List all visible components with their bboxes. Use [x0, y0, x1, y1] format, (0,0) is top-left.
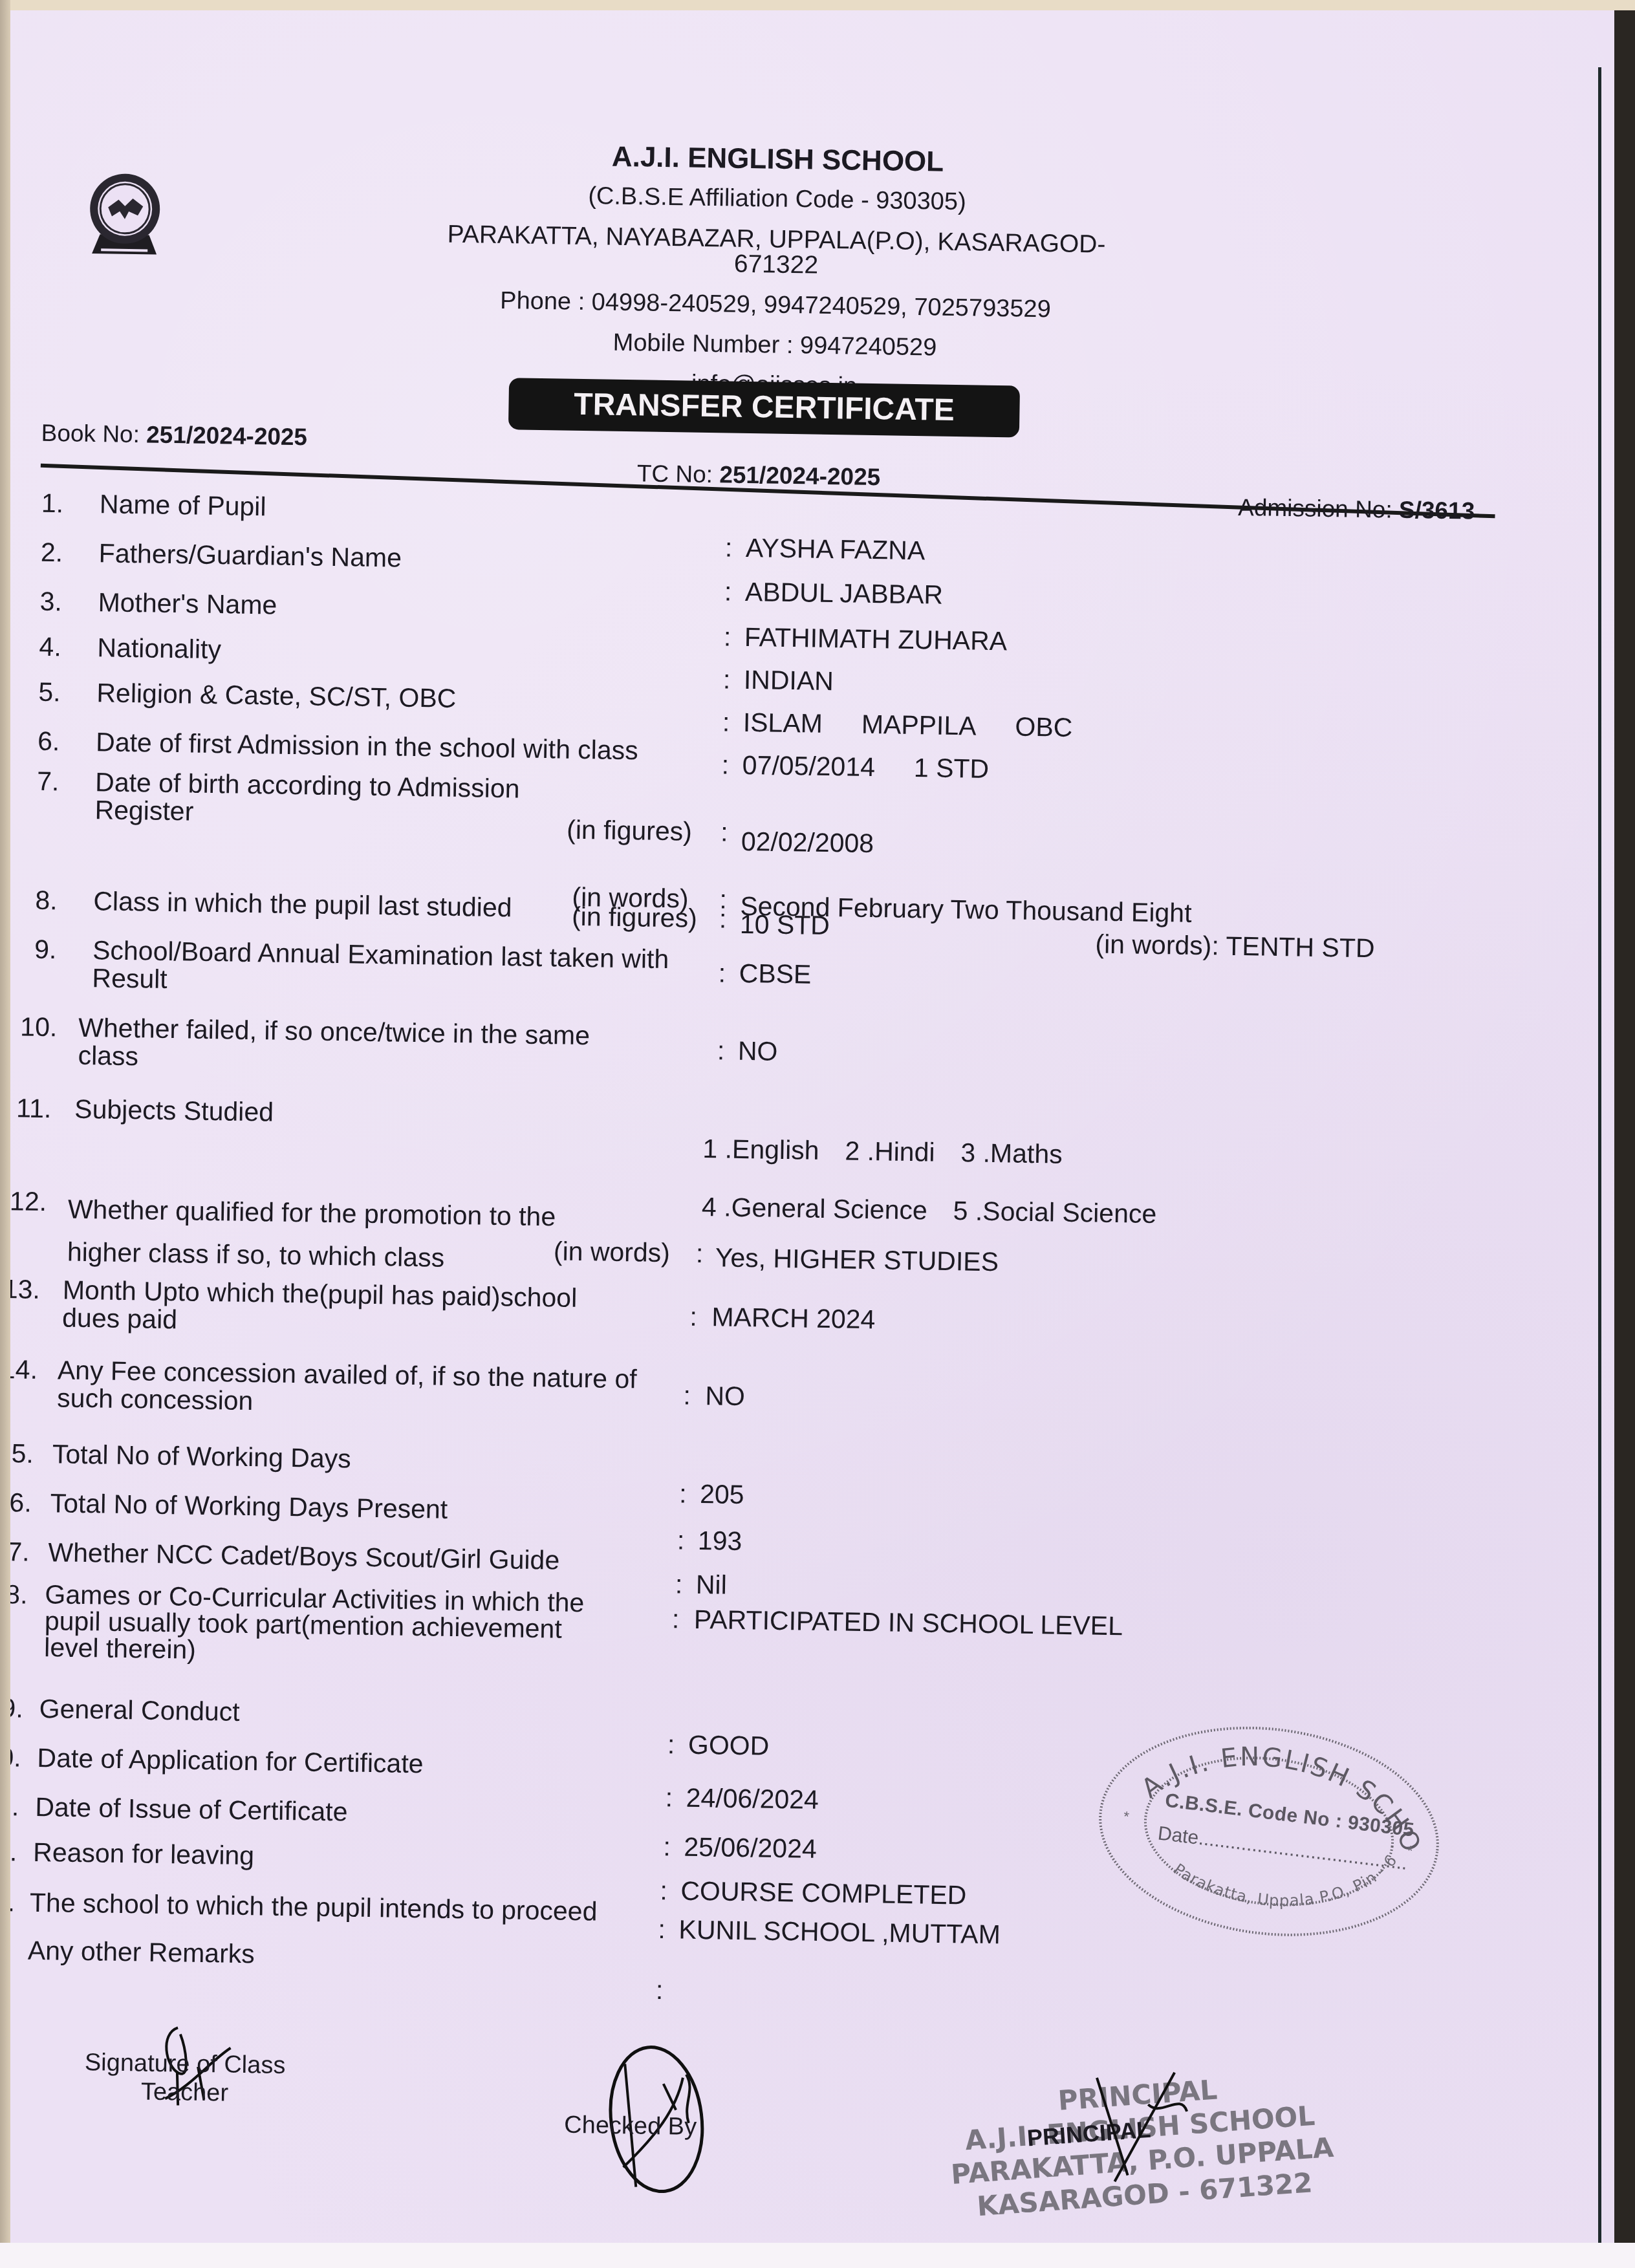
- field-number: 18.: [10, 1581, 36, 1609]
- field-number: 16.: [10, 1489, 40, 1517]
- field-number: 23.: [10, 1888, 23, 1917]
- field-label: General Conduct: [39, 1695, 634, 1732]
- field-label: Month Upto which the(pupil has paid)scho…: [62, 1277, 658, 1342]
- field-label: Mother's Name: [98, 589, 693, 625]
- school-name: A.J.I. ENGLISH SCHOOL: [422, 140, 1134, 179]
- field-colon: :: [667, 1731, 675, 1758]
- field-value: Nil: [696, 1571, 727, 1599]
- field-value: PARTICIPATED IN SCHOOL LEVEL: [694, 1606, 1123, 1640]
- book-number-value: 251/2024-2025: [146, 421, 308, 450]
- field-label: Any Fee concession availed of, if so the…: [57, 1356, 653, 1421]
- field-value: 193: [698, 1527, 742, 1555]
- field-value: FATHIMATH ZUHARA: [744, 623, 1008, 655]
- field-label: Whether NCC Cadet/Boys Scout/Girl Guide: [48, 1539, 644, 1575]
- field-label: Fathers/Guardian's Name: [98, 539, 694, 576]
- admission-class-value: 1 STD: [914, 753, 990, 784]
- field-number: 17.: [10, 1538, 38, 1566]
- field-number: 24.: [10, 1936, 21, 1965]
- field-number: 6.: [38, 728, 83, 756]
- field-label: Religion & Caste, SC/ST, OBC: [96, 679, 692, 716]
- admission-number-value: S/3613: [1399, 497, 1475, 524]
- field-label: Whether failed, if so once/twice in the …: [78, 1014, 673, 1079]
- category-value: OBC: [1015, 712, 1073, 742]
- field-value: KUNIL SCHOOL ,MUTTAM: [678, 1916, 1001, 1949]
- tc-number-value: 251/2024-2025: [719, 461, 881, 490]
- field-number: 3.: [39, 588, 85, 616]
- field-value-words: (in words): TENTH STD: [1095, 931, 1375, 963]
- field-label: Reason for leaving: [33, 1839, 629, 1875]
- field-number: 11.: [16, 1094, 62, 1123]
- field-value: MARCH 2024: [711, 1303, 876, 1334]
- field-label: Date of Application for Certificate: [37, 1744, 633, 1781]
- field-value: CBSE: [739, 960, 811, 989]
- field-label: Name of Pupil: [100, 490, 695, 527]
- field-label: The school to which the pupil intends to…: [30, 1889, 677, 1927]
- field-colon: :: [677, 1526, 685, 1554]
- field-number: 13.: [10, 1275, 49, 1304]
- field-working-days: 15. Total No of Working Days : 205: [10, 1440, 1540, 1464]
- subject-item: 1 .English: [702, 1134, 819, 1165]
- admission-date-value: 07/05/2014: [742, 750, 875, 782]
- school-header: A.J.I. ENGLISH SCHOOL (C.B.S.E Affiliati…: [418, 140, 1133, 418]
- field-number: 19.: [10, 1694, 32, 1723]
- school-address: PARAKATTA, NAYABAZAR, UPPALA(P.O), KASAR…: [420, 221, 1132, 283]
- field-hint: (in words): [554, 1237, 671, 1267]
- field-label: Subjects Studied: [74, 1096, 670, 1132]
- field-value: AYSHA FAZNA: [746, 534, 926, 565]
- scanner-edge-top: [0, 0, 1635, 10]
- scanner-edge-left: [0, 0, 10, 2268]
- certificate-content: A.J.I. ENGLISH SCHOOL (C.B.S.E Affiliati…: [10, 10, 1614, 2243]
- admission-number: Admission No: S/3613: [1238, 494, 1475, 525]
- caste-value: MAPPILA: [861, 709, 977, 741]
- field-subjects: 11. Subjects Studied 1 .English2 .Hindi3…: [10, 1094, 1545, 1119]
- sig-line: Teacher: [74, 2077, 295, 2109]
- field-value: Yes, HIGHER STUDIES: [715, 1244, 999, 1276]
- field-colon: :: [675, 1570, 683, 1598]
- scanner-edge-bottom: [0, 2243, 1635, 2268]
- field-colon: :: [658, 1916, 666, 1943]
- field-colon: :: [718, 959, 726, 987]
- admission-number-label: Admission No:: [1238, 494, 1399, 523]
- class-teacher-signature-label: Signature of Class Teacher: [74, 2049, 295, 2109]
- field-number: 2.: [40, 539, 86, 567]
- field-number: 20.: [10, 1744, 30, 1772]
- field-label: Games or Co-Curricular Activities in whi…: [44, 1581, 640, 1670]
- field-activities: 18. Games or Co-Curricular Activities in…: [10, 1581, 1538, 1605]
- field-number: 5.: [38, 678, 84, 707]
- field-label: Total No of Working Days Present: [50, 1489, 645, 1526]
- subject-item: 2 .Hindi: [845, 1136, 935, 1167]
- field-conduct: 19. General Conduct : GOOD: [10, 1694, 1536, 1719]
- field-colon: :: [725, 534, 733, 561]
- tc-number: TC No: 251/2024-2025: [637, 460, 881, 491]
- field-value: 07/05/20141 STD: [742, 751, 989, 783]
- certificate-sheet: A.J.I. ENGLISH SCHOOL (C.B.S.E Affiliati…: [10, 10, 1614, 2243]
- field-number: 21.: [10, 1793, 28, 1821]
- field-colon: :: [724, 578, 732, 605]
- field-label: Whether qualified for the promotion to t…: [67, 1189, 663, 1283]
- field-value: COURSE COMPLETED: [680, 1877, 967, 1910]
- field-number: 15.: [10, 1440, 42, 1468]
- field-colon: :: [672, 1605, 680, 1633]
- field-days-present: 16. Total No of Working Days Present : 1…: [10, 1489, 1539, 1513]
- field-value: NO: [738, 1037, 778, 1066]
- field-number: 9.: [34, 936, 80, 964]
- subject-item: 3 .Maths: [960, 1138, 1063, 1169]
- field-label: Date of Issue of Certificate: [35, 1793, 631, 1830]
- field-label: Date of first Admission in the school wi…: [96, 728, 691, 765]
- field-colon: :: [724, 623, 731, 651]
- tc-number-label: TC No:: [637, 460, 720, 488]
- book-number: Book No: 251/2024-2025: [41, 420, 307, 451]
- field-colon: :: [656, 1976, 664, 2004]
- field-number: 22.: [10, 1838, 26, 1866]
- field-ncc: 17. Whether NCC Cadet/Boys Scout/Girl Gu…: [10, 1538, 1539, 1562]
- field-label: Total No of Working Days: [52, 1440, 648, 1477]
- school-phone: Phone : 04998-240529, 9947240529, 702579…: [420, 287, 1131, 323]
- field-colon: :: [719, 905, 727, 933]
- school-affiliation: (C.B.S.E Affiliation Code - 930305): [421, 181, 1132, 217]
- school-crest-icon: [79, 168, 171, 260]
- field-colon: :: [722, 708, 730, 736]
- field-number: 14.: [10, 1355, 46, 1384]
- field-colon: :: [721, 751, 729, 779]
- field-number: 12.: [10, 1187, 55, 1216]
- field-value: 25/06/2024: [684, 1833, 817, 1863]
- certificate-title: TRANSFER CERTIFICATE: [508, 378, 1020, 437]
- field-label: Nationality: [97, 634, 693, 671]
- field-number: 4.: [39, 633, 85, 662]
- field-hint: (in figures): [567, 816, 692, 846]
- book-number-label: Book No:: [41, 420, 146, 448]
- field-hint: (in figures): [572, 903, 697, 933]
- field-number: 1.: [41, 490, 87, 518]
- subjects-line-1: 1 .English2 .Hindi3 .Maths: [702, 1135, 1063, 1169]
- field-number: 8.: [35, 887, 81, 915]
- field-colon: :: [696, 1240, 704, 1268]
- field-value: ISLAMMAPPILAOBC: [743, 709, 1073, 742]
- sig-line: Signature of Class: [75, 2049, 296, 2080]
- field-colon: :: [665, 1784, 673, 1811]
- field-value: 205: [700, 1480, 744, 1509]
- subjects-line-2: 4 .General Science5 .Social Science: [702, 1193, 1157, 1228]
- field-colon: :: [723, 665, 731, 693]
- religion-value: ISLAM: [742, 707, 823, 739]
- field-failed: 10. Whether failed, if so once/twice in …: [10, 1013, 1546, 1037]
- field-number: 10.: [20, 1013, 66, 1041]
- field-value: INDIAN: [744, 666, 834, 695]
- checked-by-label: Checked By: [546, 2111, 715, 2142]
- field-colon: :: [717, 1037, 725, 1064]
- stamp-star-icon: *: [1123, 1808, 1131, 1825]
- field-value: 10 STD: [740, 911, 830, 940]
- principal-signature-icon: [1076, 2064, 1207, 2196]
- field-colon: :: [679, 1480, 687, 1508]
- school-mobile: Mobile Number : 9947240529: [419, 327, 1131, 363]
- field-value: NO: [705, 1382, 745, 1410]
- field-number: 7.: [37, 768, 83, 796]
- field-fee-concession: 14. Any Fee concession availed of, if so…: [10, 1355, 1541, 1380]
- field-value: ABDUL JABBAR: [745, 578, 944, 609]
- subject-item: 4 .General Science: [702, 1192, 927, 1225]
- field-colon: :: [683, 1382, 691, 1410]
- field-colon: :: [663, 1833, 671, 1861]
- field-value: 02/02/2008: [741, 828, 874, 858]
- field-dues-paid: 13. Month Upto which the(pupil has paid)…: [10, 1275, 1543, 1300]
- field-colon: :: [689, 1303, 697, 1331]
- subject-item: 5 .Social Science: [953, 1196, 1156, 1229]
- field-label: School/Board Annual Examination last tak…: [92, 936, 688, 1002]
- school-seal-stamp: A.J.I. ENGLISH SCHOOL Parakatta, Uppala …: [1083, 1705, 1455, 1958]
- field-value: 24/06/2024: [686, 1784, 819, 1814]
- field-colon: :: [720, 818, 728, 846]
- field-value: GOOD: [688, 1731, 770, 1760]
- field-label: Any other Remarks: [28, 1937, 623, 1974]
